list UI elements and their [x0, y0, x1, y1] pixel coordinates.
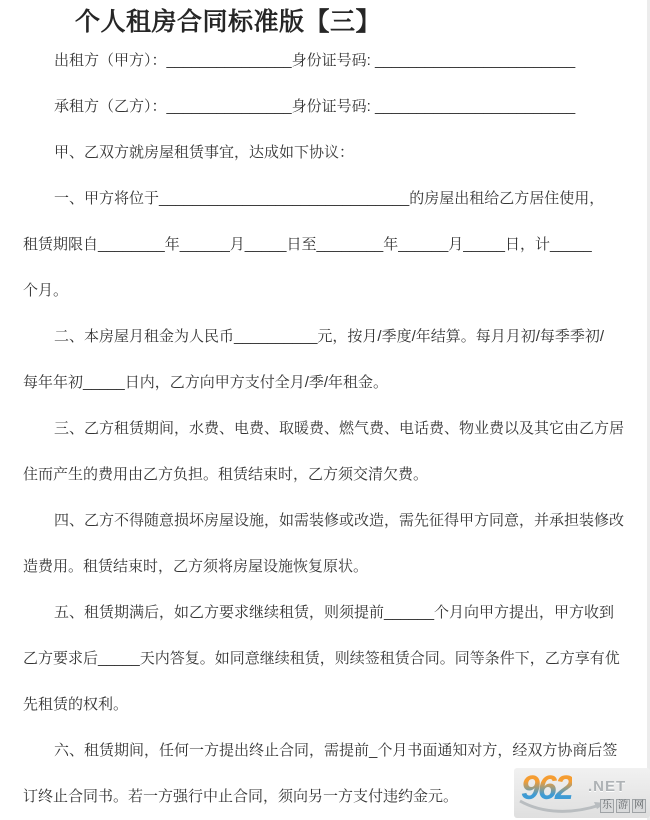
contract-line: 造费用。租赁结束时，乙方须将房屋设施恢复原状。: [23, 544, 634, 590]
contract-line: 住而产生的费用由乙方负担。租赁结束时，乙方须交清欠费。: [23, 452, 634, 498]
contract-line: 每年年初_____日内，乙方向甲方支付全月/季/年租金。: [23, 360, 634, 406]
contract-line: 五、租赁期满后，如乙方要求继续租赁，则须提前______个月向甲方提出，甲方收到: [23, 590, 634, 636]
contract-line: 先租赁的权利。: [23, 682, 634, 728]
contract-line: 租赁期限自________年______月_____日至________年___…: [23, 222, 634, 268]
contract-line: 出租方（甲方）：_______________身份证号码: __________…: [23, 38, 634, 84]
contract-line: 二、本房屋月租金为人民币__________元，按月/季度/年结算。每月月初/每…: [23, 314, 634, 360]
site-name-leyou: 乐游网: [600, 799, 646, 813]
contract-line: 承租方（乙方）：_______________身份证号码: __________…: [23, 84, 634, 130]
contract-line: 四、乙方不得随意损坏房屋设施，如需装修或改造，需先征得甲方同意，并承担装修改: [23, 498, 634, 544]
contract-line: 一、甲方将位于______________________________的房屋…: [23, 176, 634, 222]
contract-line: 个月。: [23, 268, 634, 314]
site-name-char: 网: [632, 799, 646, 813]
962-logo-net-suffix: .NET: [588, 778, 626, 795]
site-name-char: 游: [616, 799, 630, 813]
contract-body: 出租方（甲方）：_______________身份证号码: __________…: [0, 38, 650, 820]
site-name-char: 乐: [600, 799, 614, 813]
swoosh-arrow-icon: [518, 798, 610, 815]
962net-watermark: 962 .NET 乐游网: [514, 768, 650, 818]
contract-line: 甲、乙双方就房屋租赁事宜，达成如下协议：: [23, 130, 634, 176]
contract-line: 三、乙方租赁期间，水费、电费、取暖费、燃气费、电话费、物业费以及其它由乙方居: [23, 406, 634, 452]
rental-contract-document: 个人租房合同标准版【三】 出租方（甲方）：_______________身份证号…: [0, 0, 650, 820]
contract-title: 个人租房合同标准版【三】: [0, 0, 650, 38]
contract-line: 乙方要求后_____天内答复。如同意继续租赁，则续签租赁合同。同等条件下，乙方享…: [23, 636, 634, 682]
